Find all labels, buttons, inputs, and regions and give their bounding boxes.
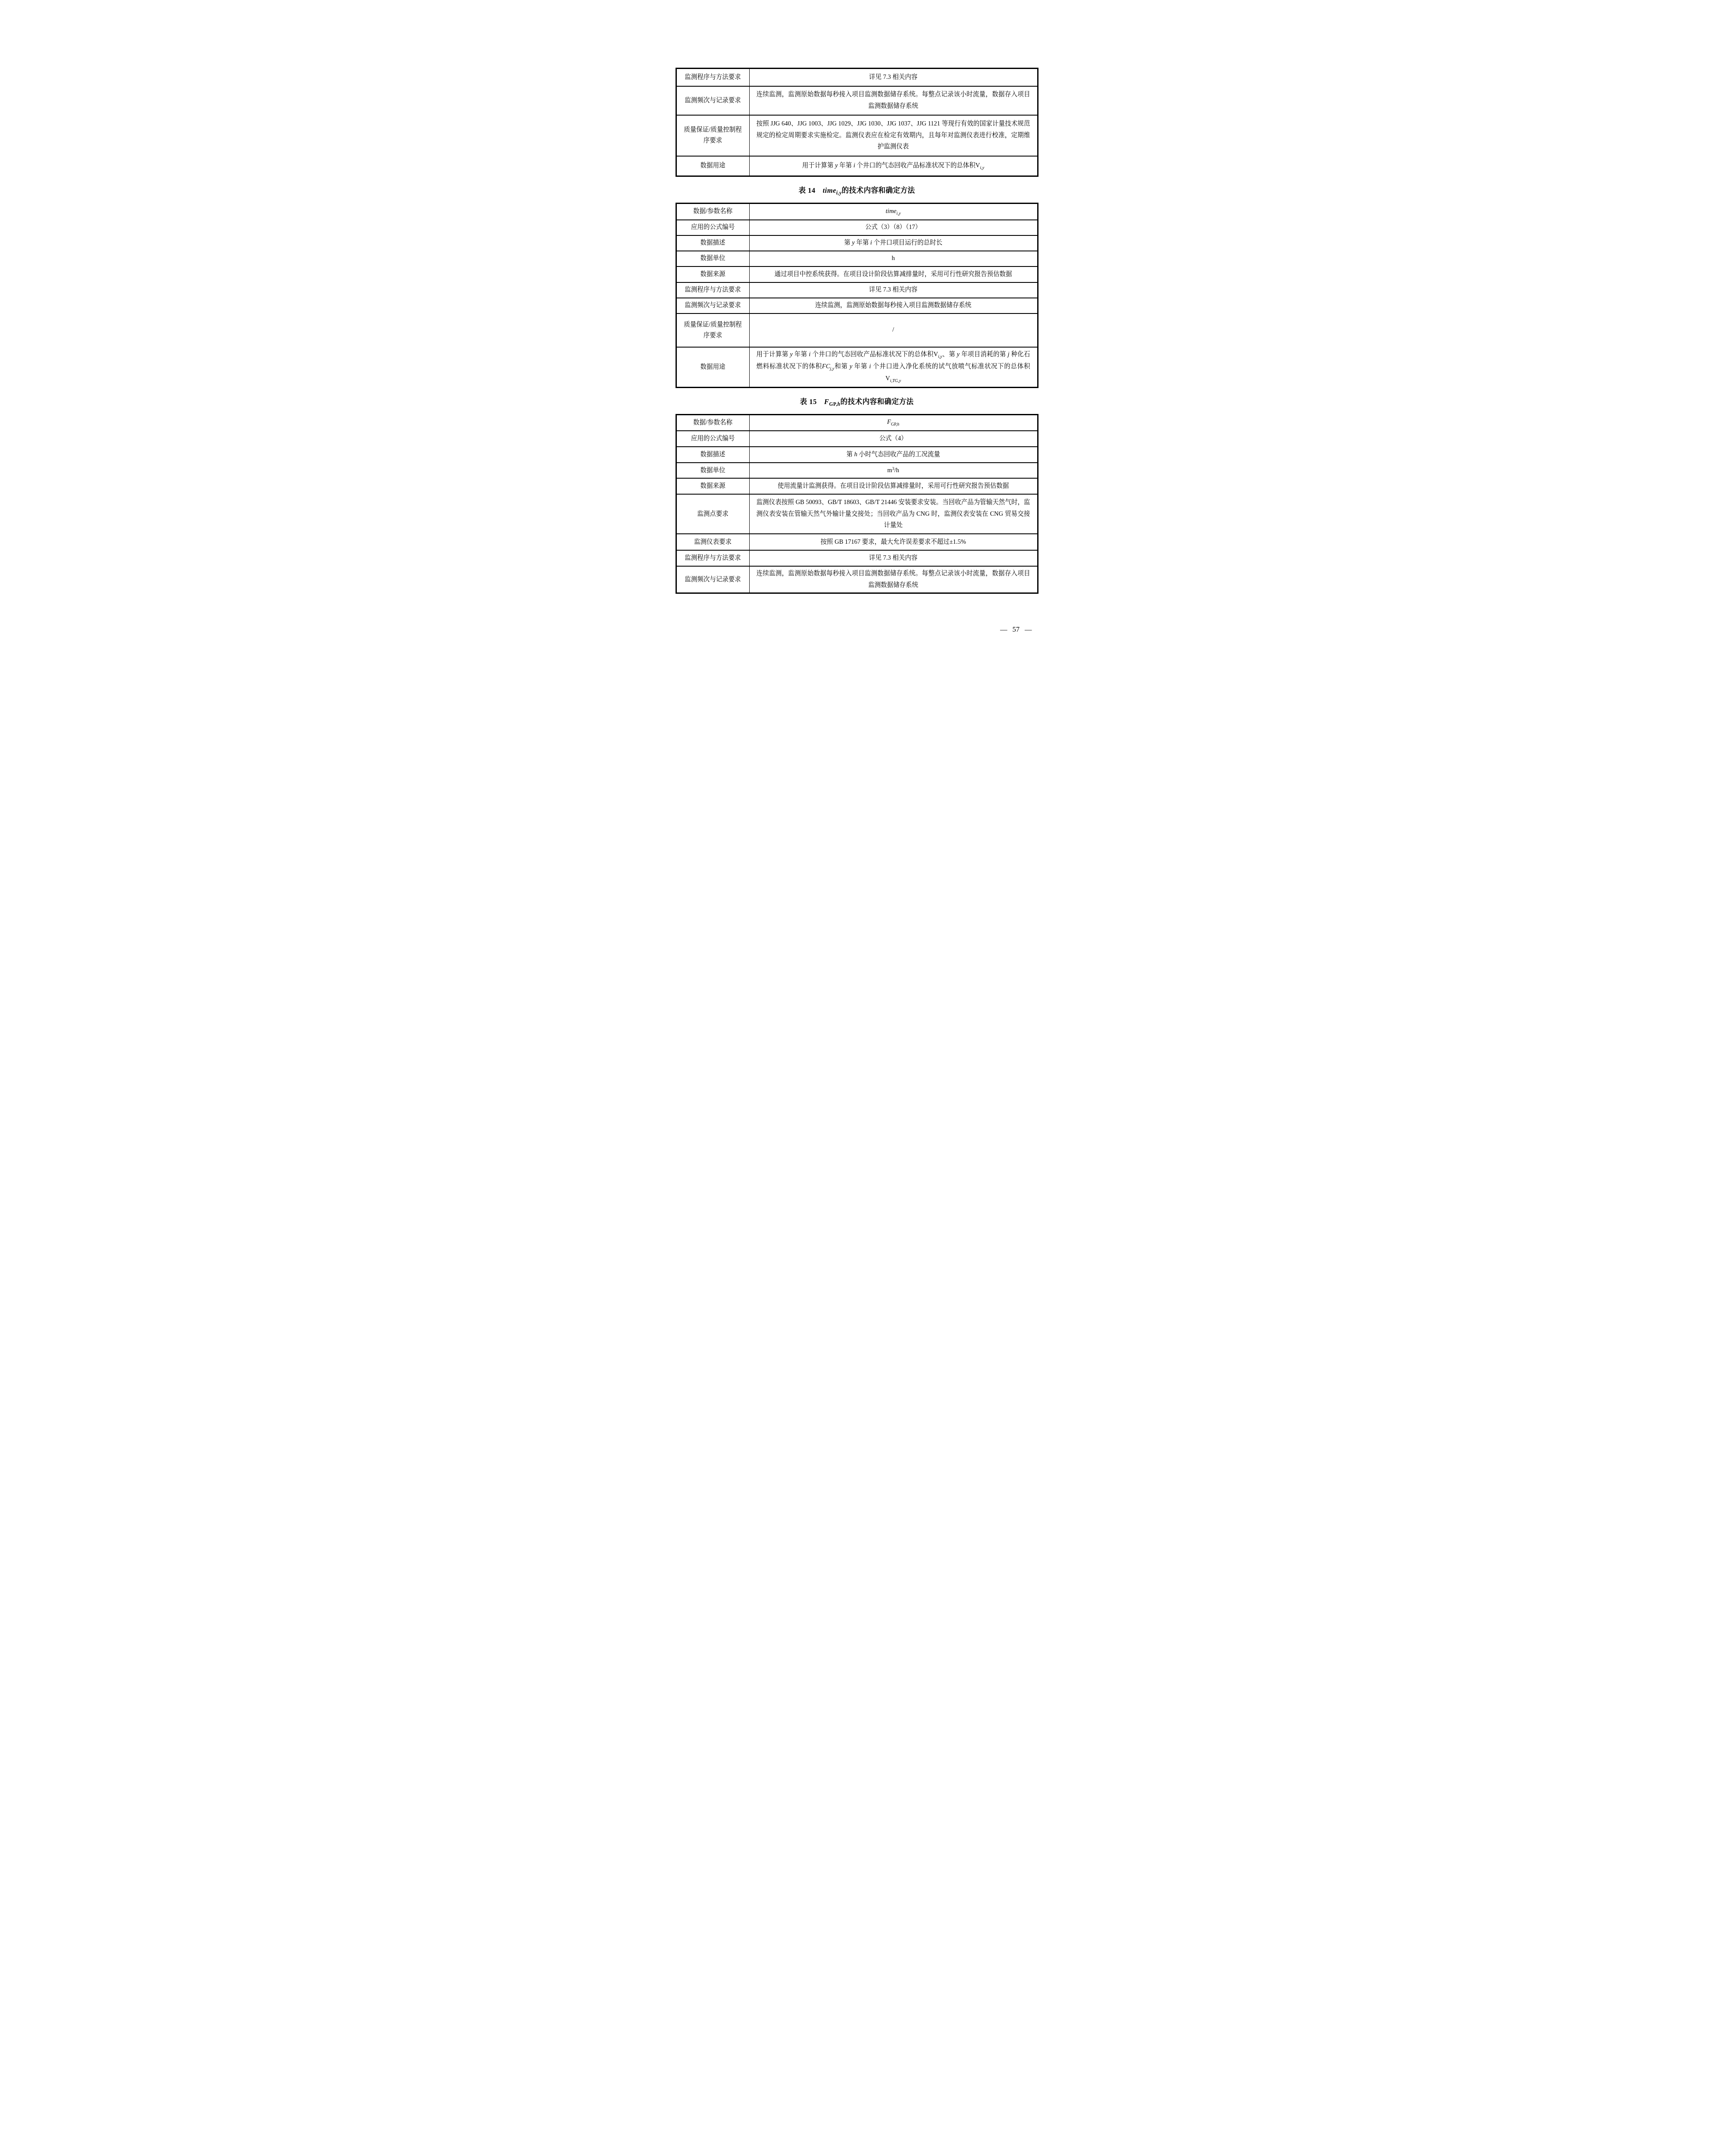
row-value: 详见 7.3 相关内容 xyxy=(749,69,1038,86)
row-value: 连续监测，监测原始数据每秒接入项目监测数据储存系统 xyxy=(749,298,1038,313)
table-15-title: 表 15 FGP,h的技术内容和确定方法 xyxy=(676,396,1038,407)
row-label: 监测仪表要求 xyxy=(676,534,749,550)
row-label: 数据单位 xyxy=(676,463,749,478)
table-row: 数据/参数名称 timei,y xyxy=(676,204,1038,220)
table-row: 监测频次与记录要求 连续监测，监测原始数据每秒接入项目监测数据储存系统。每整点记… xyxy=(676,86,1038,115)
table-row: 监测点要求 监测仪表按照 GB 50093、GB/T 18603、GB/T 21… xyxy=(676,494,1038,534)
table-row: 监测频次与记录要求 连续监测，监测原始数据每秒接入项目监测数据储存系统。每整点记… xyxy=(676,566,1038,593)
table-row: 监测频次与记录要求 连续监测，监测原始数据每秒接入项目监测数据储存系统 xyxy=(676,298,1038,313)
table-row: 监测仪表要求 按照 GB 17167 要求，最大允许误差要求不超过±1.5% xyxy=(676,534,1038,550)
table-row: 数据用途 用于计算第 y 年第 i 个井口的气态回收产品标准状况下的总体积Vi,… xyxy=(676,156,1038,176)
page-number: — 57 — xyxy=(1000,625,1032,634)
row-label: 监测点要求 xyxy=(676,494,749,534)
row-label: 数据来源 xyxy=(676,266,749,282)
table-row: 数据描述 第 y 年第 i 个井口项目运行的总时长 xyxy=(676,235,1038,251)
table-row: 监测程序与方法要求 详见 7.3 相关内容 xyxy=(676,282,1038,298)
page-number-dash-right: — xyxy=(1025,625,1032,634)
row-label: 数据/参数名称 xyxy=(676,414,749,431)
page-number-value: 57 xyxy=(1013,625,1020,634)
table-15: 数据/参数名称 FGP,h 应用的公式编号 公式（4） 数据描述 第 h 小时气… xyxy=(676,414,1038,594)
table-row: 数据来源 通过项目中控系统获得。在项目设计阶段估算减排量时，采用可行性研究报告预… xyxy=(676,266,1038,282)
row-value: 第 y 年第 i 个井口项目运行的总时长 xyxy=(749,235,1038,251)
table-row: 数据单位 m3/h xyxy=(676,463,1038,478)
row-label: 监测程序与方法要求 xyxy=(676,69,749,86)
row-value: 第 h 小时气态回收产品的工况流量 xyxy=(749,447,1038,463)
row-value: timei,y xyxy=(749,204,1038,220)
table-row: 数据用途 用于计算第 y 年第 i 个井口的气态回收产品标准状况下的总体积Vi,… xyxy=(676,347,1038,387)
row-label: 应用的公式编号 xyxy=(676,220,749,235)
table-row: 监测程序与方法要求 详见 7.3 相关内容 xyxy=(676,69,1038,86)
table-row: 数据来源 使用流量计监测获得。在项目设计阶段估算减排量时，采用可行性研究报告预估… xyxy=(676,478,1038,494)
row-value: / xyxy=(749,313,1038,347)
row-value: FGP,h xyxy=(749,414,1038,431)
row-value: 用于计算第 y 年第 i 个井口的气态回收产品标准状况下的总体积Vi,y xyxy=(749,156,1038,176)
table-row: 质量保证/质量控制程序要求 / xyxy=(676,313,1038,347)
row-value: m3/h xyxy=(749,463,1038,478)
row-value: 连续监测，监测原始数据每秒接入项目监测数据储存系统。每整点记录该小时流量，数据存… xyxy=(749,86,1038,115)
table-row: 应用的公式编号 公式（4） xyxy=(676,431,1038,447)
row-label: 监测频次与记录要求 xyxy=(676,298,749,313)
row-label: 质量保证/质量控制程序要求 xyxy=(676,313,749,347)
row-label: 应用的公式编号 xyxy=(676,431,749,447)
table-row: 数据单位 h xyxy=(676,251,1038,266)
row-value: 详见 7.3 相关内容 xyxy=(749,282,1038,298)
row-label: 监测频次与记录要求 xyxy=(676,86,749,115)
row-label: 质量保证/质量控制程序要求 xyxy=(676,115,749,156)
document-page: 监测程序与方法要求 详见 7.3 相关内容 监测频次与记录要求 连续监测，监测原… xyxy=(619,0,1093,671)
row-value: h xyxy=(749,251,1038,266)
row-value: 监测仪表按照 GB 50093、GB/T 18603、GB/T 21446 安装… xyxy=(749,494,1038,534)
table-row: 质量保证/质量控制程序要求 按照 JJG 640、JJG 1003、JJG 10… xyxy=(676,115,1038,156)
table-row: 应用的公式编号 公式（3）（8）（17） xyxy=(676,220,1038,235)
row-value: 使用流量计监测获得。在项目设计阶段估算减排量时，采用可行性研究报告预估数据 xyxy=(749,478,1038,494)
table-monitoring-continued: 监测程序与方法要求 详见 7.3 相关内容 监测频次与记录要求 连续监测，监测原… xyxy=(676,68,1038,177)
row-value: 公式（4） xyxy=(749,431,1038,447)
row-label: 数据描述 xyxy=(676,447,749,463)
row-label: 监测程序与方法要求 xyxy=(676,550,749,566)
row-value: 用于计算第 y 年第 i 个井口的气态回收产品标准状况下的总体积Vi,y、第 y… xyxy=(749,347,1038,387)
table-row: 监测程序与方法要求 详见 7.3 相关内容 xyxy=(676,550,1038,566)
row-label: 监测程序与方法要求 xyxy=(676,282,749,298)
row-value: 通过项目中控系统获得。在项目设计阶段估算减排量时，采用可行性研究报告预估数据 xyxy=(749,266,1038,282)
page-content: 监测程序与方法要求 详见 7.3 相关内容 监测频次与记录要求 连续监测，监测原… xyxy=(676,68,1038,594)
row-label: 数据来源 xyxy=(676,478,749,494)
table-14-title: 表 14 timei,y的技术内容和确定方法 xyxy=(676,185,1038,196)
table-row: 数据描述 第 h 小时气态回收产品的工况流量 xyxy=(676,447,1038,463)
row-label: 数据/参数名称 xyxy=(676,204,749,220)
row-label: 监测频次与记录要求 xyxy=(676,566,749,593)
row-label: 数据描述 xyxy=(676,235,749,251)
row-value: 按照 GB 17167 要求，最大允许误差要求不超过±1.5% xyxy=(749,534,1038,550)
table-row: 数据/参数名称 FGP,h xyxy=(676,414,1038,431)
row-label: 数据单位 xyxy=(676,251,749,266)
row-value: 公式（3）（8）（17） xyxy=(749,220,1038,235)
row-label: 数据用途 xyxy=(676,347,749,387)
row-value: 详见 7.3 相关内容 xyxy=(749,550,1038,566)
row-value: 连续监测，监测原始数据每秒接入项目监测数据储存系统。每整点记录该小时流量，数据存… xyxy=(749,566,1038,593)
page-number-dash-left: — xyxy=(1000,625,1007,634)
row-label: 数据用途 xyxy=(676,156,749,176)
row-value: 按照 JJG 640、JJG 1003、JJG 1029、JJG 1030、JJ… xyxy=(749,115,1038,156)
table-14: 数据/参数名称 timei,y 应用的公式编号 公式（3）（8）（17） 数据描… xyxy=(676,203,1038,388)
